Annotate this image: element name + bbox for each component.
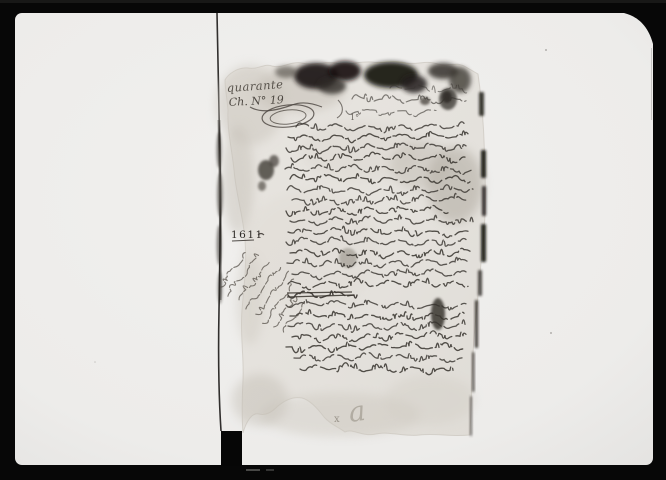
dust-speck (94, 361, 96, 363)
ink-stain (275, 66, 297, 78)
bottom-strip-marks (246, 469, 274, 471)
edge-streak (478, 270, 482, 296)
dust-speck (545, 49, 547, 51)
bottom-strip-mark (266, 469, 274, 471)
ink-stain (329, 61, 361, 81)
dust-speck (550, 332, 552, 334)
fold-gap-shadow (221, 431, 242, 466)
ink-stain (401, 75, 427, 93)
bottom-strip-mark (246, 469, 260, 471)
edge-streak (472, 352, 475, 392)
edge-streak (475, 300, 478, 348)
scanned-document-canvas: quarante Ch. N° 19 1611 1° a x (0, 0, 666, 480)
mottle-wash (222, 125, 254, 235)
ink-stain (269, 155, 279, 167)
cross-doodle: x (334, 414, 340, 425)
superscript-mark: 1° (350, 113, 359, 122)
fold-smudge (217, 225, 222, 265)
mottle-wash (385, 375, 475, 425)
ink-stain (318, 78, 346, 94)
fold-smudge (217, 132, 222, 168)
year-note: 1611 (231, 229, 264, 241)
edge-streak (481, 150, 486, 178)
scanner-edge-texture (0, 0, 666, 3)
mottle-wash (232, 374, 288, 426)
edge-streak (470, 396, 472, 436)
fold-smudge (218, 272, 223, 304)
ink-stain (442, 91, 452, 103)
edge-streak (481, 224, 486, 262)
edge-streak (482, 186, 486, 216)
edge-streak (479, 92, 484, 116)
ink-stain (258, 181, 266, 191)
